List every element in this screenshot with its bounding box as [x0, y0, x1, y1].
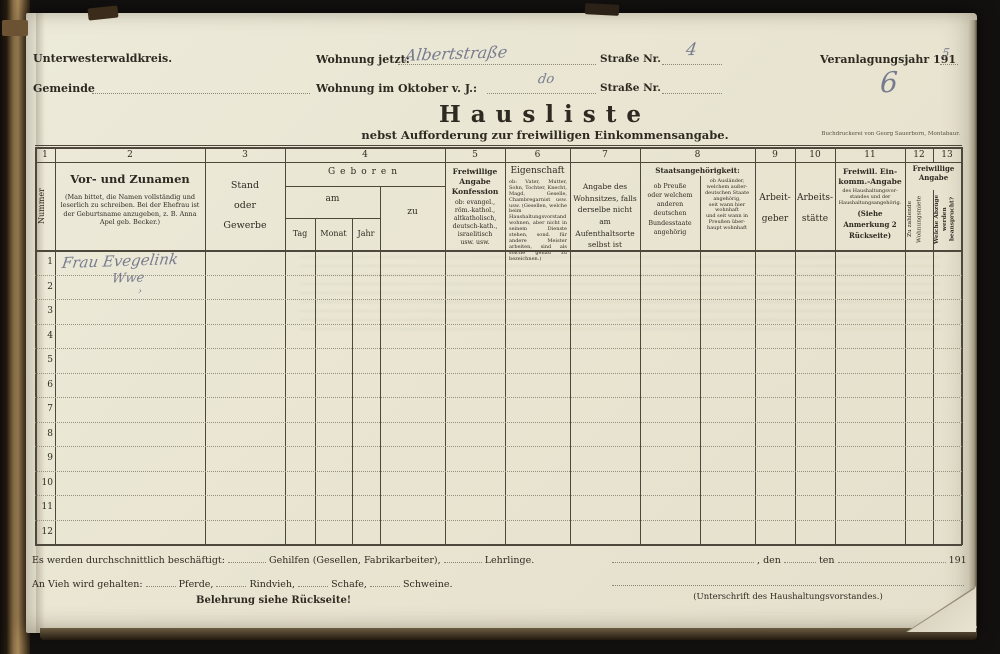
footer-line2-label: An Vieh wird gehalten: — [32, 579, 143, 590]
column-number: 10 — [795, 149, 835, 162]
col4-header-monat: Monat — [315, 229, 352, 238]
col9-header: Arbeit- geber — [756, 188, 794, 229]
col8-header-title: Staatsangehörigkeit: — [642, 166, 753, 175]
col11-header-note2: (Siehe Anmerkung 2 Rückseite) — [837, 209, 903, 242]
signature-blank — [612, 585, 964, 586]
grid-line — [205, 147, 206, 545]
grid-line — [35, 348, 962, 349]
veranlagungsjahr-blank — [940, 64, 958, 65]
wohnung-oktober-blank — [487, 93, 596, 94]
printer-credit: Buchdruckerei von Georg Sauerborn, Monta… — [805, 131, 960, 137]
wohnung-oktober-label: Wohnung im Oktober v. J.: — [316, 82, 477, 95]
form-title: Hausliste — [345, 101, 745, 128]
grid-line — [505, 147, 506, 545]
col11-header-title: Freiwill. Ein- komm.-Angabe — [837, 167, 903, 187]
footer-line2-item2: Rindvieh, — [250, 579, 296, 590]
blank — [370, 576, 400, 587]
grid-line — [35, 422, 962, 423]
row-number: 10 — [35, 478, 53, 488]
row-number: 8 — [35, 429, 53, 439]
col13-header-vertical: Welche Abzüge werden beansprucht? — [934, 190, 960, 248]
footer-line1-mid: Gehilfen (Gesellen, Fabrikarbeiter), — [269, 555, 441, 566]
col3-header: Stand oder Gewerbe — [207, 176, 283, 236]
grid-line — [570, 147, 571, 545]
month-blank — [838, 552, 946, 563]
signature-caption: (Unterschrift des Haushaltungsvorstandes… — [612, 592, 964, 602]
grid-line — [35, 495, 962, 496]
footer-line1-end: Lehrlinge. — [485, 555, 535, 566]
grid-line — [35, 145, 962, 146]
col6-header-title: Eigenschaft — [507, 166, 568, 176]
footer-den: , den — [757, 555, 781, 566]
row-number: 7 — [35, 404, 53, 414]
column-number: 8 — [640, 149, 755, 162]
footer-ten: ten — [819, 555, 835, 566]
col2-header-title: Vor- und Zunamen — [58, 172, 202, 186]
row-number: 3 — [35, 306, 53, 316]
grid-line — [905, 147, 906, 545]
sheet-number-handwritten: 6 — [879, 65, 898, 99]
grid-line — [35, 324, 962, 325]
day-blank — [784, 552, 816, 563]
row-number: 5 — [35, 355, 53, 365]
col4-header-zu: zu — [380, 207, 445, 217]
grid-line — [380, 186, 381, 545]
col5-header-note: ob: evangel., röm.-kathol., altkatholisc… — [447, 199, 503, 247]
wohnung-jetzt-label: Wohnung jetzt: — [316, 53, 410, 66]
form-subtitle: nebst Aufforderung zur freiwilligen Eink… — [345, 128, 745, 142]
grid-line — [35, 397, 962, 398]
col2-header-note: (Man bittet, die Namen vollständig und l… — [60, 193, 200, 227]
col4-header-tag: Tag — [285, 229, 315, 238]
col10-header: Arbeits- stätte — [796, 188, 834, 229]
place-blank — [612, 552, 754, 563]
scanned-document-page: Unterwesterwaldkreis. Wohnung jetzt: Alb… — [0, 0, 1000, 654]
column-number: 9 — [755, 149, 795, 162]
grid-line — [35, 162, 962, 163]
row-number: 9 — [35, 453, 53, 463]
col4-header-geboren: Geboren — [285, 167, 445, 177]
blank — [298, 576, 328, 587]
footer-line2-item1: Pferde, — [179, 579, 214, 590]
wohnung-jetzt-handwritten: Albertstraße — [404, 42, 509, 65]
book-bottom-edge — [40, 628, 977, 640]
column-number: 11 — [835, 149, 905, 162]
footer-line2-item4: Schweine. — [403, 579, 453, 590]
blank — [146, 576, 176, 587]
grid-line — [35, 373, 962, 374]
column-number: 2 — [55, 149, 205, 162]
footer-year: 191 — [949, 555, 967, 566]
veranlagungsjahr-label: Veranlagungsjahr 191 — [820, 53, 956, 66]
footer-line1-label: Es werden durchschnittlich beschäftigt: — [32, 555, 225, 566]
blank — [444, 552, 482, 563]
col5-header-title: Freiwillige Angabe Konfession — [447, 167, 503, 197]
grid-line — [55, 147, 56, 545]
grid-line — [640, 147, 641, 545]
grid-line — [35, 544, 962, 546]
grid-line — [285, 147, 286, 545]
column-number: 4 — [285, 149, 445, 162]
col1-header-nummer: Nummer — [37, 164, 54, 248]
wohnung-oktober-handwritten: do — [537, 72, 555, 88]
footer-notice: Belehrung siehe Rückseite! — [196, 595, 351, 606]
blank — [228, 552, 266, 563]
column-number: 7 — [570, 149, 640, 162]
grid-line — [700, 176, 701, 545]
grid-line — [35, 520, 962, 521]
column-number: 5 — [445, 149, 505, 162]
grid-line — [35, 275, 962, 276]
grid-line — [35, 299, 962, 300]
page-edge-strip — [968, 20, 977, 626]
strasse-nr-blank-1 — [662, 64, 722, 65]
blank — [216, 576, 246, 587]
col8-header-right: ob Ausländer, welchem außer- deutschen S… — [701, 179, 753, 232]
column-number: 12 — [905, 149, 933, 162]
footer-date-line: , den ten 191 — [612, 552, 967, 566]
row-number: 6 — [35, 380, 53, 390]
col4-header-am: am — [285, 194, 380, 204]
footer-line2-item3: Schafe, — [331, 579, 367, 590]
footer-line2: An Vieh wird gehalten: Pferde, Rindvieh,… — [32, 576, 452, 590]
grid-line — [933, 190, 934, 545]
strasse-nr-label-2: Straße Nr. — [600, 82, 661, 94]
strasse-nr-blank-2 — [662, 93, 722, 94]
torn-paper-fragment — [585, 3, 620, 16]
column-number: 13 — [933, 149, 961, 162]
row-number: 1 — [35, 257, 53, 267]
col12-header-vertical: Zu zahlende Wohnungsmiete — [906, 190, 932, 248]
row-number: 11 — [35, 502, 53, 512]
column-number: 6 — [505, 149, 570, 162]
grid-line — [961, 147, 963, 545]
grid-line — [35, 471, 962, 472]
row-number: 2 — [35, 282, 53, 292]
col11-header-note: des Haushaltungsvor- standes und der Hau… — [837, 189, 903, 207]
column-number: 1 — [35, 149, 55, 162]
grid-line — [285, 186, 445, 187]
col7-header: Angabe des Wohnsitzes, falls derselbe ni… — [572, 181, 638, 251]
strasse-nr-label-1: Straße Nr. — [600, 53, 661, 65]
grid-line — [445, 147, 446, 545]
grid-line — [755, 147, 756, 545]
grid-line — [285, 218, 380, 219]
district-name: Unterwesterwaldkreis. — [33, 52, 172, 65]
entry-row1-note-handwritten: Wwe — [111, 270, 145, 286]
grid-line — [795, 147, 796, 545]
wohnung-jetzt-blank — [398, 64, 596, 65]
column-number: 3 — [205, 149, 285, 162]
col8-header-left: ob Preuße oder welchem anderen deutschen… — [642, 182, 698, 237]
row-number: 4 — [35, 331, 53, 341]
torn-paper-fragment — [2, 20, 28, 36]
grid-line — [835, 147, 836, 545]
col12-13-shared-header: Freiwillige Angabe — [905, 164, 962, 182]
grid-line — [35, 446, 962, 447]
row-number: 12 — [35, 527, 53, 537]
gemeinde-label: Gemeinde — [33, 82, 95, 95]
grid-line — [35, 250, 962, 252]
gemeinde-blank — [92, 93, 310, 94]
col4-header-jahr: Jahr — [352, 229, 380, 238]
footer-line1: Es werden durchschnittlich beschäftigt: … — [32, 552, 534, 566]
